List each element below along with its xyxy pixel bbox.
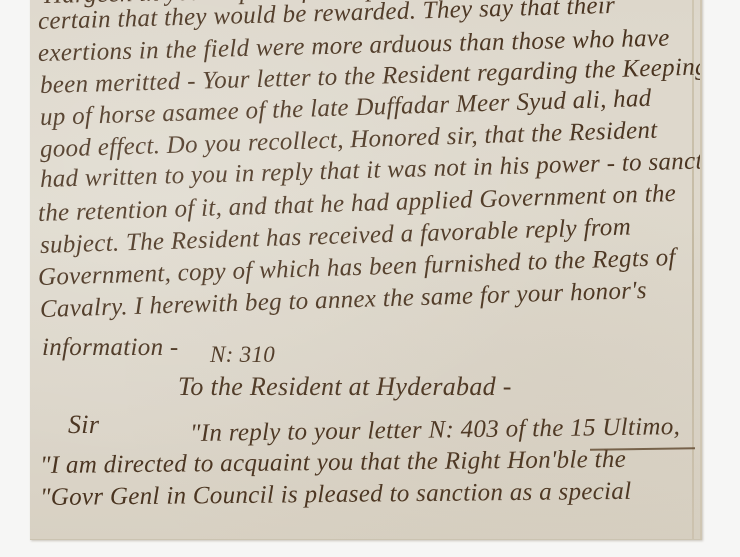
letter-line: information - [42,334,179,362]
letter-addressee: To the Resident at Hyderabad - [178,372,512,402]
letter-reference-number: N: 310 [210,342,275,368]
letter-line: "In reply to your letter N: 403 of the 1… [190,413,681,448]
scanned-document: Hargeen in your report of the operations… [0,0,740,557]
ink-underline [590,447,695,450]
letter-salutation: Sir [68,410,99,440]
letter-line: "Govr Genl in Council is pleased to sanc… [40,478,632,512]
letter-page: Hargeen in your report of the operations… [30,0,702,540]
letter-line: "I am directed to acquaint you that the … [40,446,626,480]
